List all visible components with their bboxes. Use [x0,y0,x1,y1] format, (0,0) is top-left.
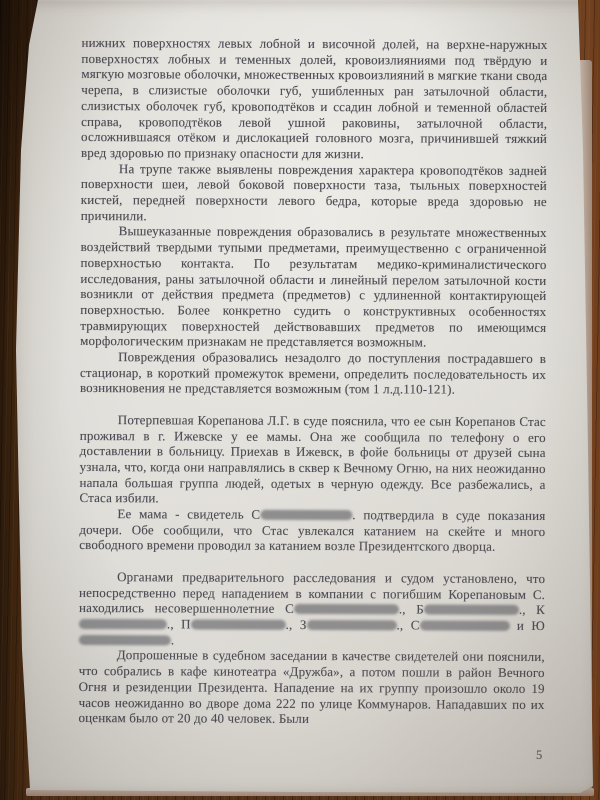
document-text: нижних поверхностях левых лобной и височ… [78,35,547,728]
document-page: нижних поверхностях левых лобной и височ… [0,0,600,800]
paragraph: Ее мама - свидетель С. подтвердила в суд… [79,506,545,555]
name-redaction [191,619,286,629]
name-redaction [424,605,519,615]
paragraph: нижних поверхностях левых лобной и височ… [81,35,548,163]
name-redaction [307,620,397,630]
name-redaction [79,635,171,645]
paragraph: Повреждения образовались незадолго до по… [80,349,546,398]
paragraph: Допрошенные в судебном заседании в качес… [78,647,544,728]
name-redaction [420,620,510,630]
paragraph: Органами предварительного расследования … [79,569,545,650]
paragraph: На трупе также выявлены повреждения хара… [81,161,547,226]
paragraph: Вышеуказанные повреждения образовались в… [80,223,547,351]
name-redaction [294,604,399,614]
paragraph: Потерпевшая Корепанова Л.Г. в суде поясн… [79,412,545,508]
name-redaction [79,619,167,629]
photo-of-document: { "document": { "kind": "court-document-… [0,0,600,800]
page-number: 5 [536,748,542,763]
name-redaction [260,510,352,520]
